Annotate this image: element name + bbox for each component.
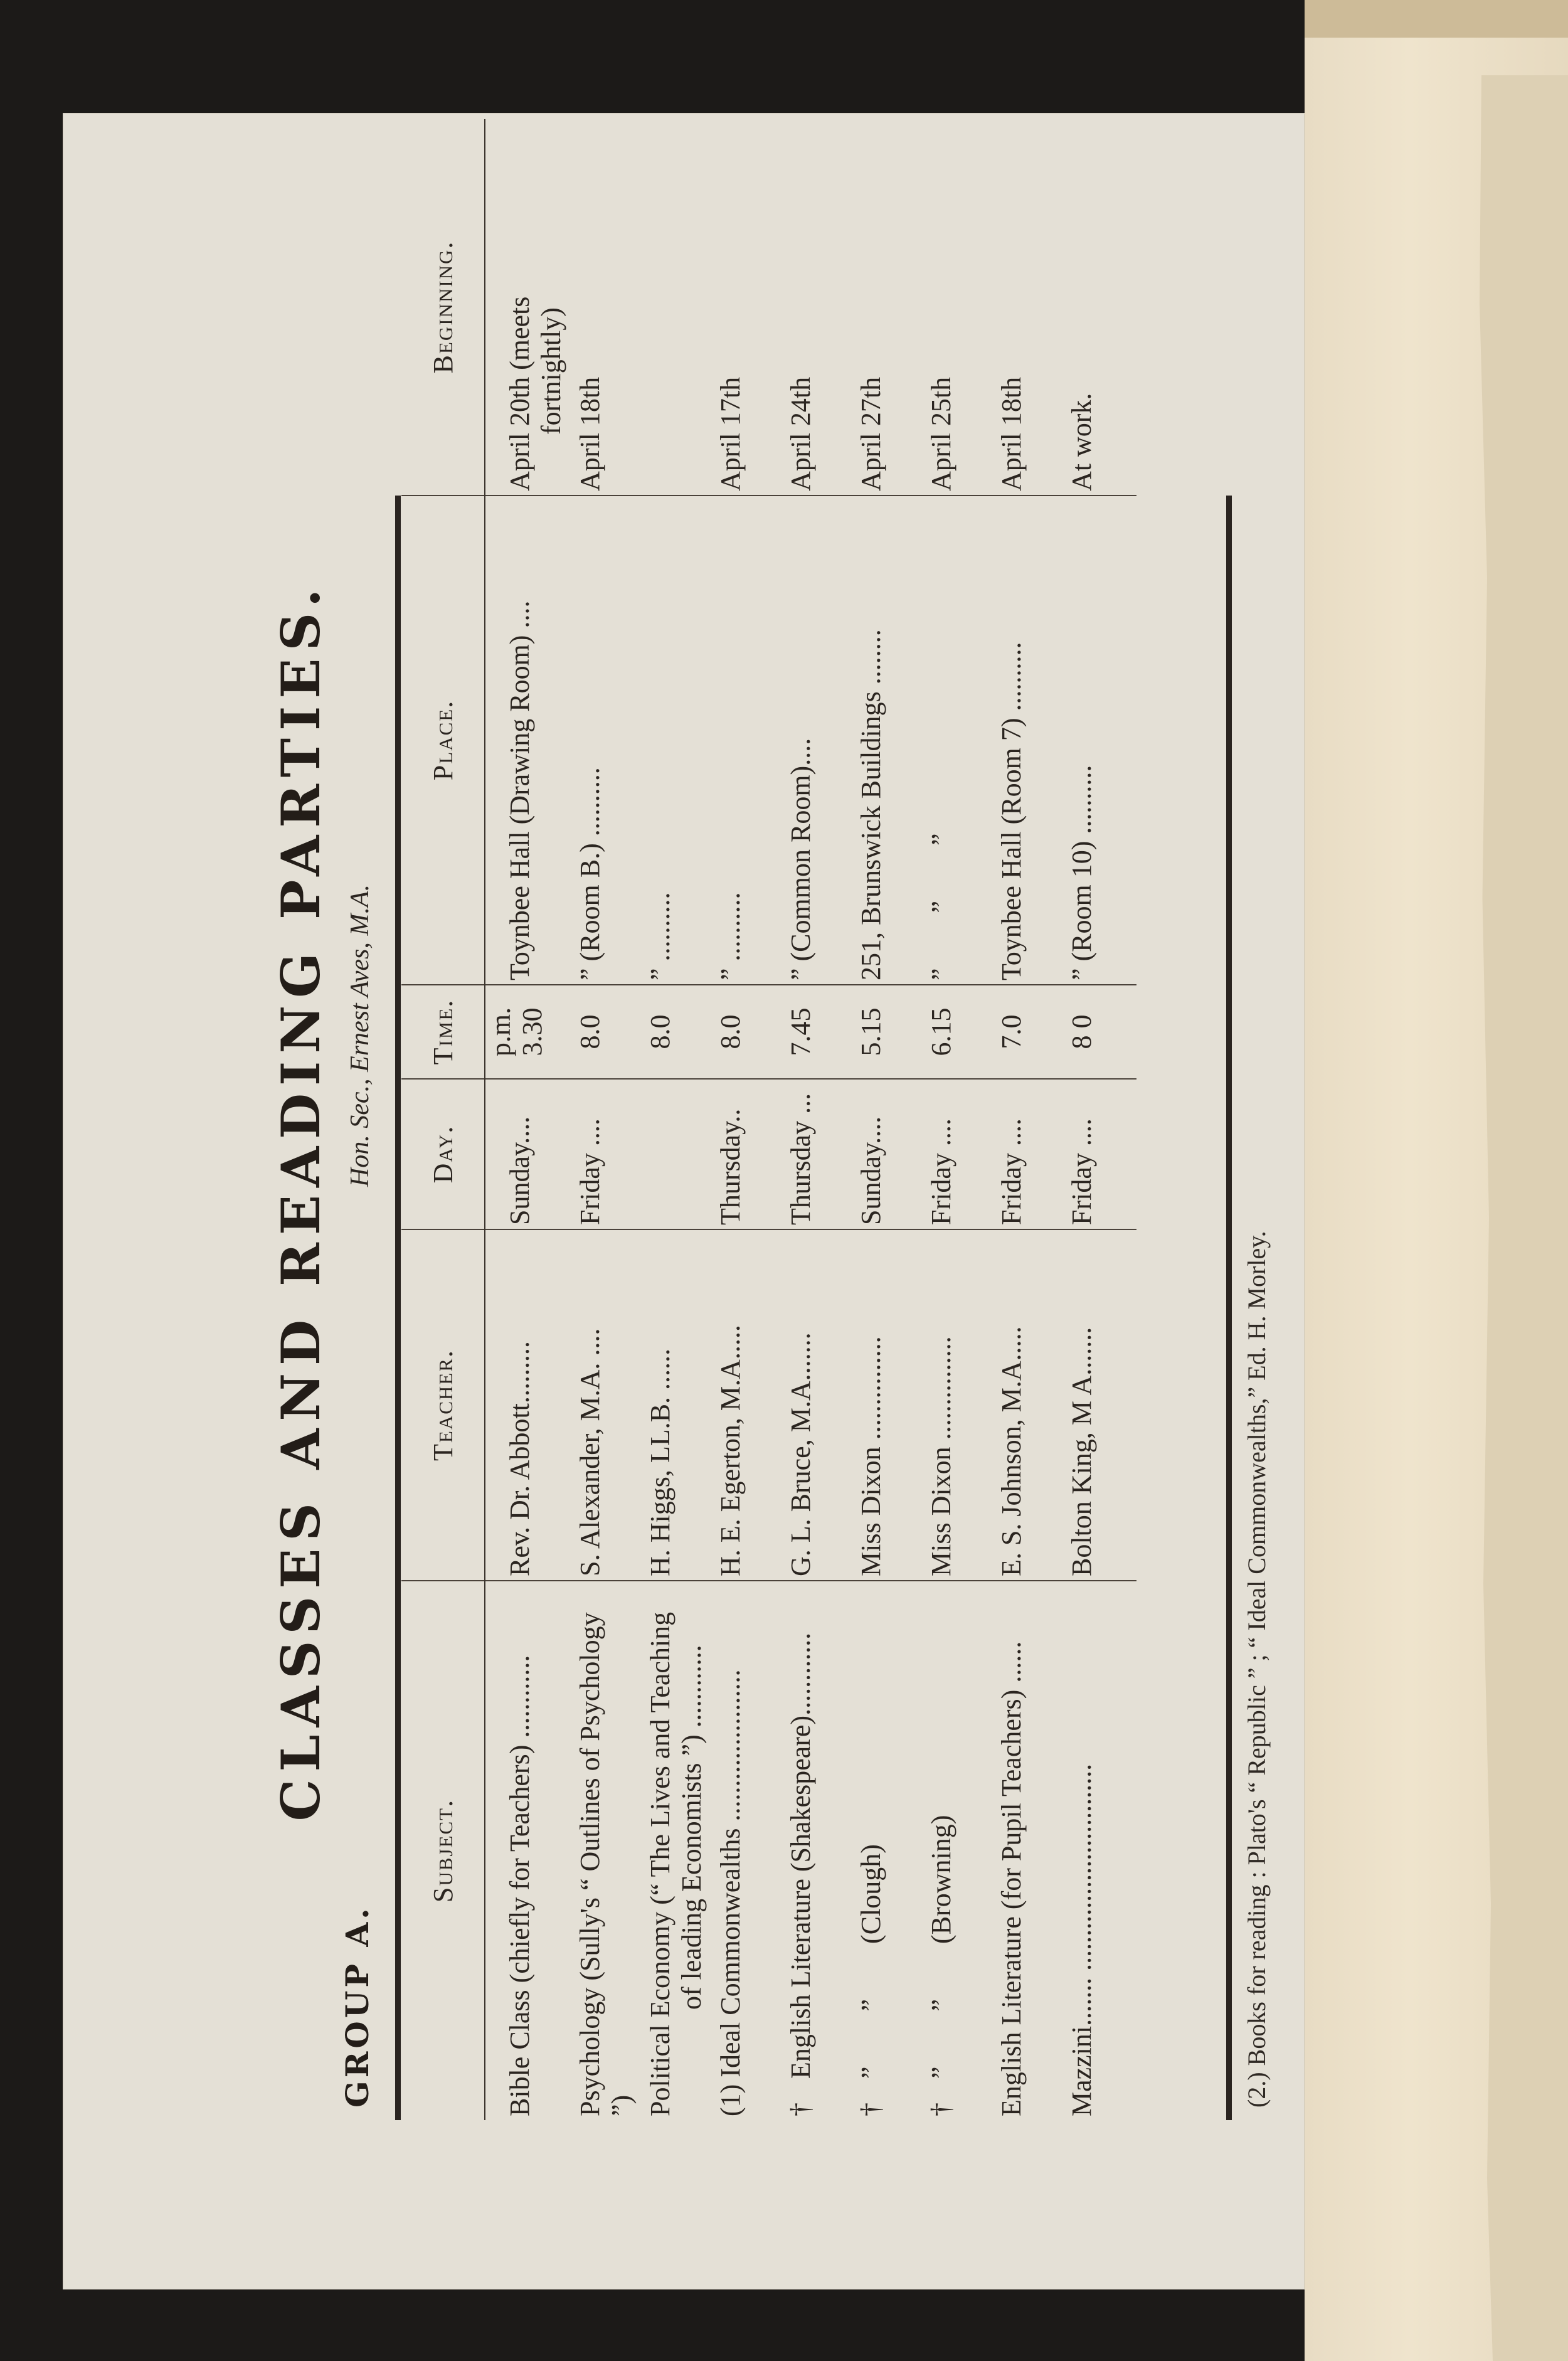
cell-beginning: April 25th [926, 119, 996, 496]
cell-place: ” .......... [645, 496, 715, 985]
cell-beginning: April 20th (meets fortnightly) [485, 119, 575, 496]
table-row: Bible Class (chiefly for Teachers) .....… [485, 119, 575, 2120]
cell-subject: †” ” (Clough) [856, 1581, 926, 2120]
cell-time: p.m. 3.30 [485, 985, 575, 1079]
cell-place: ” (Room 10) .......... [1066, 496, 1136, 985]
cell-subject: Bible Class (chiefly for Teachers) .....… [485, 1581, 575, 2120]
header-subject: Subject. [401, 1581, 485, 2120]
group-heading: GROUP A. [339, 1905, 376, 2108]
footnote: (2.) Books for reading : Plato's “ Repub… [1242, 1231, 1271, 2108]
cell-day: Sunday.... [485, 1079, 575, 1229]
header-place: Place. [401, 496, 485, 985]
cell-subject: Political Economy (“ The Lives and Teach… [645, 1581, 715, 2120]
cell-time: 8.0 [575, 985, 645, 1079]
cell-teacher: G. L. Bruce, M.A....... [785, 1229, 856, 1581]
header-day: Day. [401, 1079, 485, 1229]
cell-subject: †English Literature (Shakespeare).......… [785, 1581, 856, 2120]
printed-page: CLASSES AND READING PARTIES. GROUP A. Ho… [63, 113, 1305, 2289]
cell-day: Thursday.. [715, 1079, 785, 1229]
cell-place: ” (Room B.) .......... [575, 496, 645, 985]
bottom-rule [1226, 496, 1232, 2120]
cell-teacher: S. Alexander, M.A. .... [575, 1229, 645, 1581]
cell-teacher: Miss Dixon ............... [856, 1229, 926, 1581]
cell-time: 7.0 [996, 985, 1066, 1079]
cell-day: Thursday ... [785, 1079, 856, 1229]
rotated-content: CLASSES AND READING PARTIES. GROUP A. Ho… [63, 113, 1305, 2289]
time-unit-label: p.m. [485, 989, 517, 1074]
hon-sec-credit: Hon. Sec., Ernest Aves, M.A. [345, 884, 375, 1187]
cell-beginning: April 18th [575, 119, 645, 496]
cell-beginning: At work. [1066, 119, 1136, 496]
background-sheet-edge [1305, 0, 1568, 38]
top-rule [395, 496, 401, 2120]
table-header-row: Subject. Teacher. Day. Time. Place. Begi… [401, 119, 485, 2120]
cell-day: Friday .... [575, 1079, 645, 1229]
table-row: (1) Ideal Commonwealths ................… [715, 119, 785, 2120]
dagger-marker: † [926, 2079, 957, 2116]
cell-beginning: April 24th [785, 119, 856, 496]
dagger-marker: † [785, 2079, 817, 2116]
cell-time: 8.0 [715, 985, 785, 1079]
cell-beginning: April 18th [996, 119, 1066, 496]
cell-teacher: Miss Dixon ............... [926, 1229, 996, 1581]
cell-subject: †” ” (Browning) [926, 1581, 996, 2120]
table-row: †” ” (Clough) Miss Dixon ...............… [856, 119, 926, 2120]
table-row: Psychology (Sully's “ Outlines of Psycho… [575, 119, 645, 2120]
cell-subject: (1) Ideal Commonwealths ................… [715, 1581, 785, 2120]
cell-teacher: Bolton King, M A....... [1066, 1229, 1136, 1581]
cell-place: Toynbee Hall (Drawing Room) .... [485, 496, 575, 985]
table-row: English Literature (for Pupil Teachers) … [996, 119, 1066, 2120]
header-teacher: Teacher. [401, 1229, 485, 1581]
header-beginning: Beginning. [401, 119, 485, 496]
cell-place: 251, Brunswick Buildings ........ [856, 496, 926, 985]
cell-beginning: April 27th [856, 119, 926, 496]
page-title: CLASSES AND READING PARTIES. [270, 113, 332, 2289]
cell-place: Toynbee Hall (Room 7) .......... [996, 496, 1066, 985]
cell-beginning: April 17th [715, 119, 785, 496]
schedule-table: Subject. Teacher. Day. Time. Place. Begi… [401, 119, 1136, 2120]
cell-day [645, 1079, 715, 1229]
cell-day: Friday .... [996, 1079, 1066, 1229]
cell-place: ” .......... [715, 496, 785, 985]
table-row: Political Economy (“ The Lives and Teach… [645, 119, 715, 2120]
cell-subject: Mazzini....... .........................… [1066, 1581, 1136, 2120]
cell-time: 8.0 [645, 985, 715, 1079]
cell-teacher: H. Higgs, LL.B. ...... [645, 1229, 715, 1581]
cell-teacher: E. S. Johnson, M.A..... [996, 1229, 1066, 1581]
cell-time: 8 0 [1066, 985, 1136, 1079]
cell-day: Friday .... [1066, 1079, 1136, 1229]
table-row: †” ” (Browning) Miss Dixon .............… [926, 119, 996, 2120]
cell-time: 5.15 [856, 985, 926, 1079]
cell-day: Sunday.... [856, 1079, 926, 1229]
header-time: Time. [401, 985, 485, 1079]
table-row: Mazzini....... .........................… [1066, 119, 1136, 2120]
cell-time: 7.45 [785, 985, 856, 1079]
dagger-marker: † [856, 2079, 887, 2116]
cell-subject: Psychology (Sully's “ Outlines of Psycho… [575, 1581, 645, 2120]
cell-place: ” ” ” [926, 496, 996, 985]
cell-time: 6.15 [926, 985, 996, 1079]
cell-place: ” (Common Room).... [785, 496, 856, 985]
cell-teacher: H. E. Egerton, M.A..... [715, 1229, 785, 1581]
cell-beginning [645, 119, 715, 496]
cell-subject: English Literature (for Pupil Teachers) … [996, 1581, 1066, 2120]
table-row: †English Literature (Shakespeare).......… [785, 119, 856, 2120]
cell-day: Friday .... [926, 1079, 996, 1229]
cell-teacher: Rev. Dr. Abbott......... [485, 1229, 575, 1581]
